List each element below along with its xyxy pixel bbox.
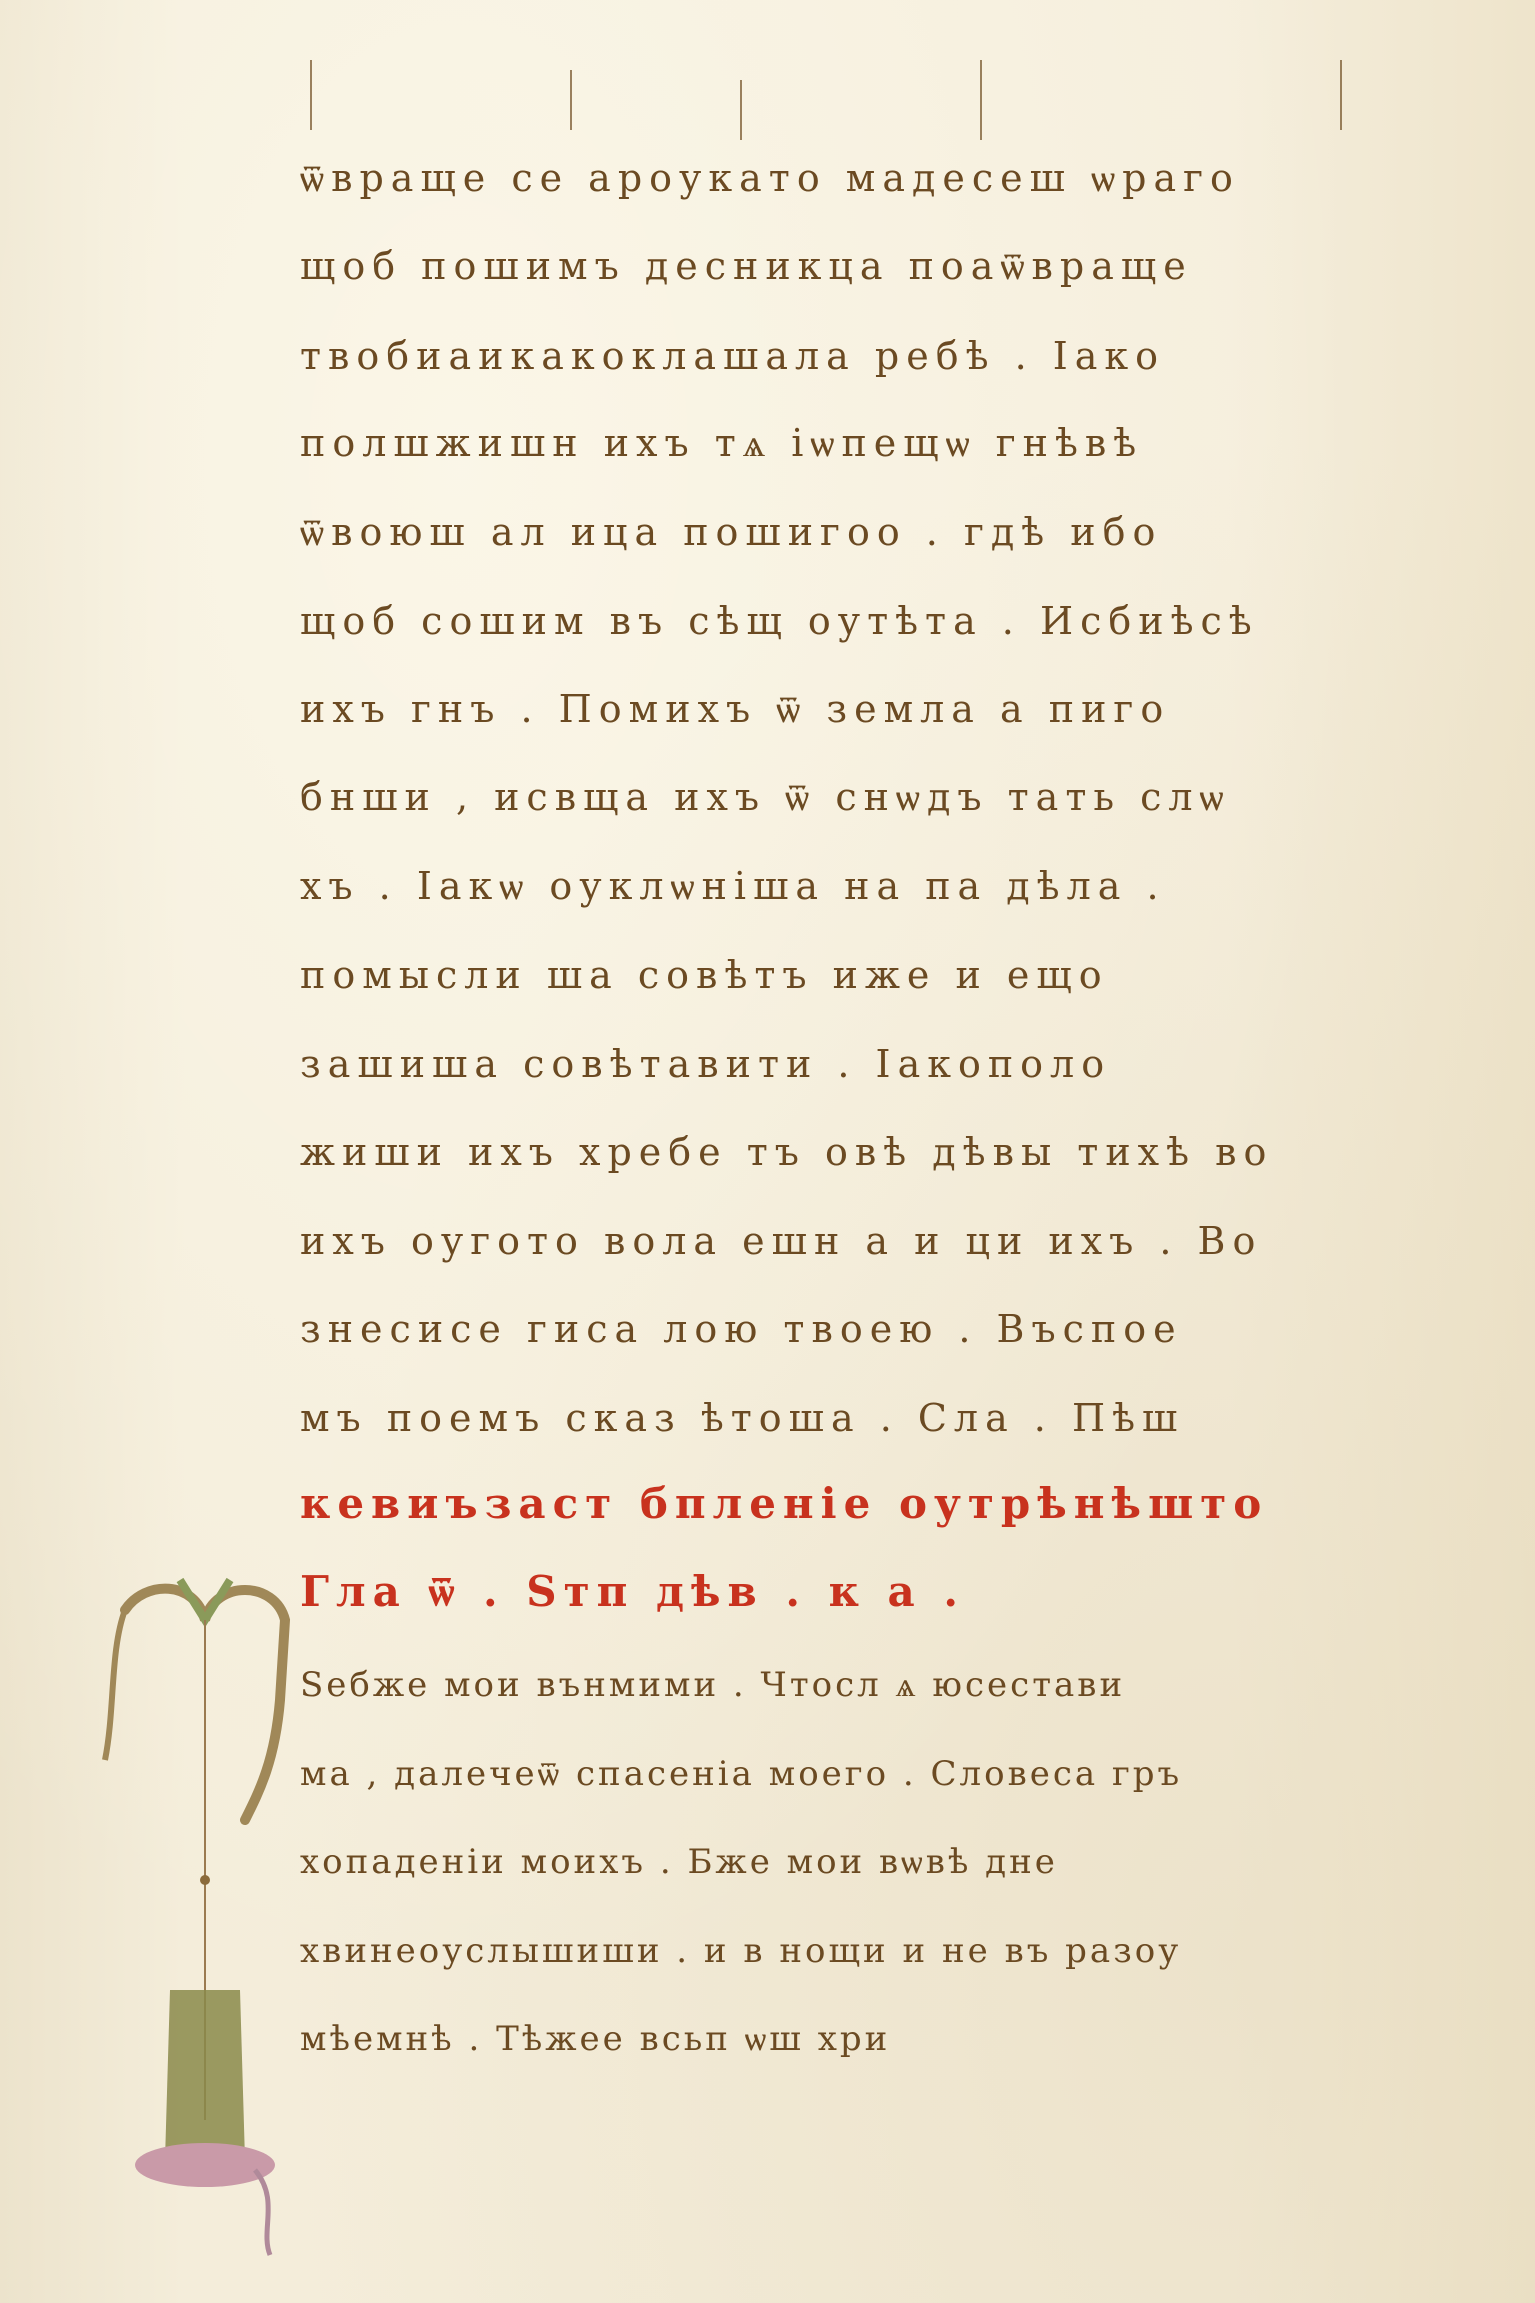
text-line: ихъ оугото вола ешн а и ци ихъ . Во <box>300 1192 1360 1281</box>
text-line: зашиша совѣтавити . Іакополо <box>300 1015 1360 1104</box>
text-line: щоб пошимъ десникца поаѿвраще <box>300 219 1360 308</box>
text-line: ѿвоюш ал ица пошигоо . гдѣ ибо <box>300 484 1360 573</box>
text-line: твобиаикакоклашала ребѣ . Іако <box>300 307 1360 396</box>
text-line: помысли ша совѣтъ иже и ещо <box>300 927 1360 1016</box>
text-line: хопаденiи моихъ . Бже мои вѡвѣ дне <box>300 1812 1360 1901</box>
text-line: полшжишн ихъ тѧ іѡпещѡ гнѣвѣ <box>300 396 1360 485</box>
text-line: ма , далечеѿ спасенiа моего . Словеса гр… <box>300 1723 1360 1812</box>
decorated-initial-icon <box>85 1560 315 2260</box>
text-line: Ѕебже мои вънмими . Чтосл ѧ юсестави <box>300 1635 1360 1724</box>
text-line: мѣемнѣ . Тѣжее всьп ѡш хри <box>300 1989 1360 2078</box>
text-line: хвинеоуслышиши . и в нощи и не въ разоу <box>300 1900 1360 1989</box>
text-line: ѿвраще се ароукато мадесеш ѡраго <box>300 130 1360 219</box>
rubric-line: Гла ѿ . Ѕтп дѣв . к а . <box>300 1546 1360 1635</box>
text-line: знесисе гиса лою твоею . Въспое <box>300 1281 1360 1370</box>
text-line: ихъ гнъ . Помихъ ѿ земла а пиго <box>300 661 1360 750</box>
text-line: хъ . Іакѡ оуклѡнiша на па дѣла . <box>300 838 1360 927</box>
text-line: щоб сошим въ сѣщ оутѣта . Исбиѣсѣ <box>300 573 1360 662</box>
text-column: ѿвраще се ароукато мадесеш ѡраго щоб пош… <box>300 130 1360 2077</box>
text-line-mixed: мъ поемъ сказ ѣтоша . Сла . Пѣш <box>300 1369 1360 1458</box>
text-line: бнши , исвща ихъ ѿ снѡдъ тать слѡ <box>300 750 1360 839</box>
rubric-line: кевиъзаст бпленiе оутрѣнѣшто <box>300 1458 1360 1547</box>
text-line: жиши ихъ хребе тъ овѣ дѣвы тихѣ во <box>300 1104 1360 1193</box>
manuscript-page: ѿвраще се ароукато мадесеш ѡраго щоб пош… <box>0 0 1535 2303</box>
